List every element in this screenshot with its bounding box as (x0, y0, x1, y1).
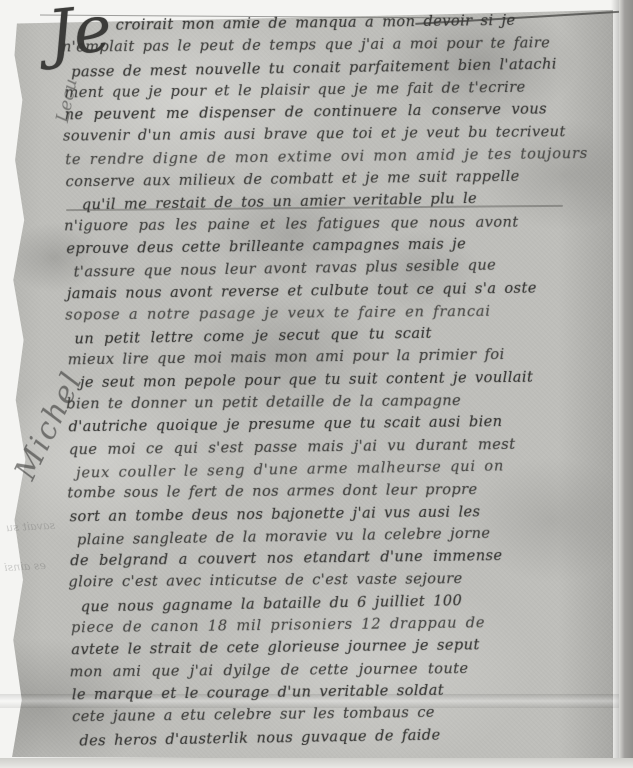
letter-body: croirait mon amie de manqua a mon devoir… (64, 9, 621, 751)
scanner-edge-band (619, 0, 633, 768)
handwritten-line: mon ami que j'ai dyilge de cette journee… (69, 656, 619, 683)
handwritten-line: n'iguore pas les paine et les fatigues q… (64, 210, 614, 237)
scanned-letter-image: Je croirait mon amie de manqua a mon dev… (0, 0, 633, 768)
ink-bleed-through-mark: savait su (6, 519, 56, 535)
ink-bleed-through-mark: es ainsi (4, 559, 47, 574)
scan-bottom-margin (0, 758, 633, 768)
scanner-shadow-gradient (611, 0, 619, 768)
letter-lines: croirait mon amie de manqua a mon devoir… (64, 9, 621, 751)
